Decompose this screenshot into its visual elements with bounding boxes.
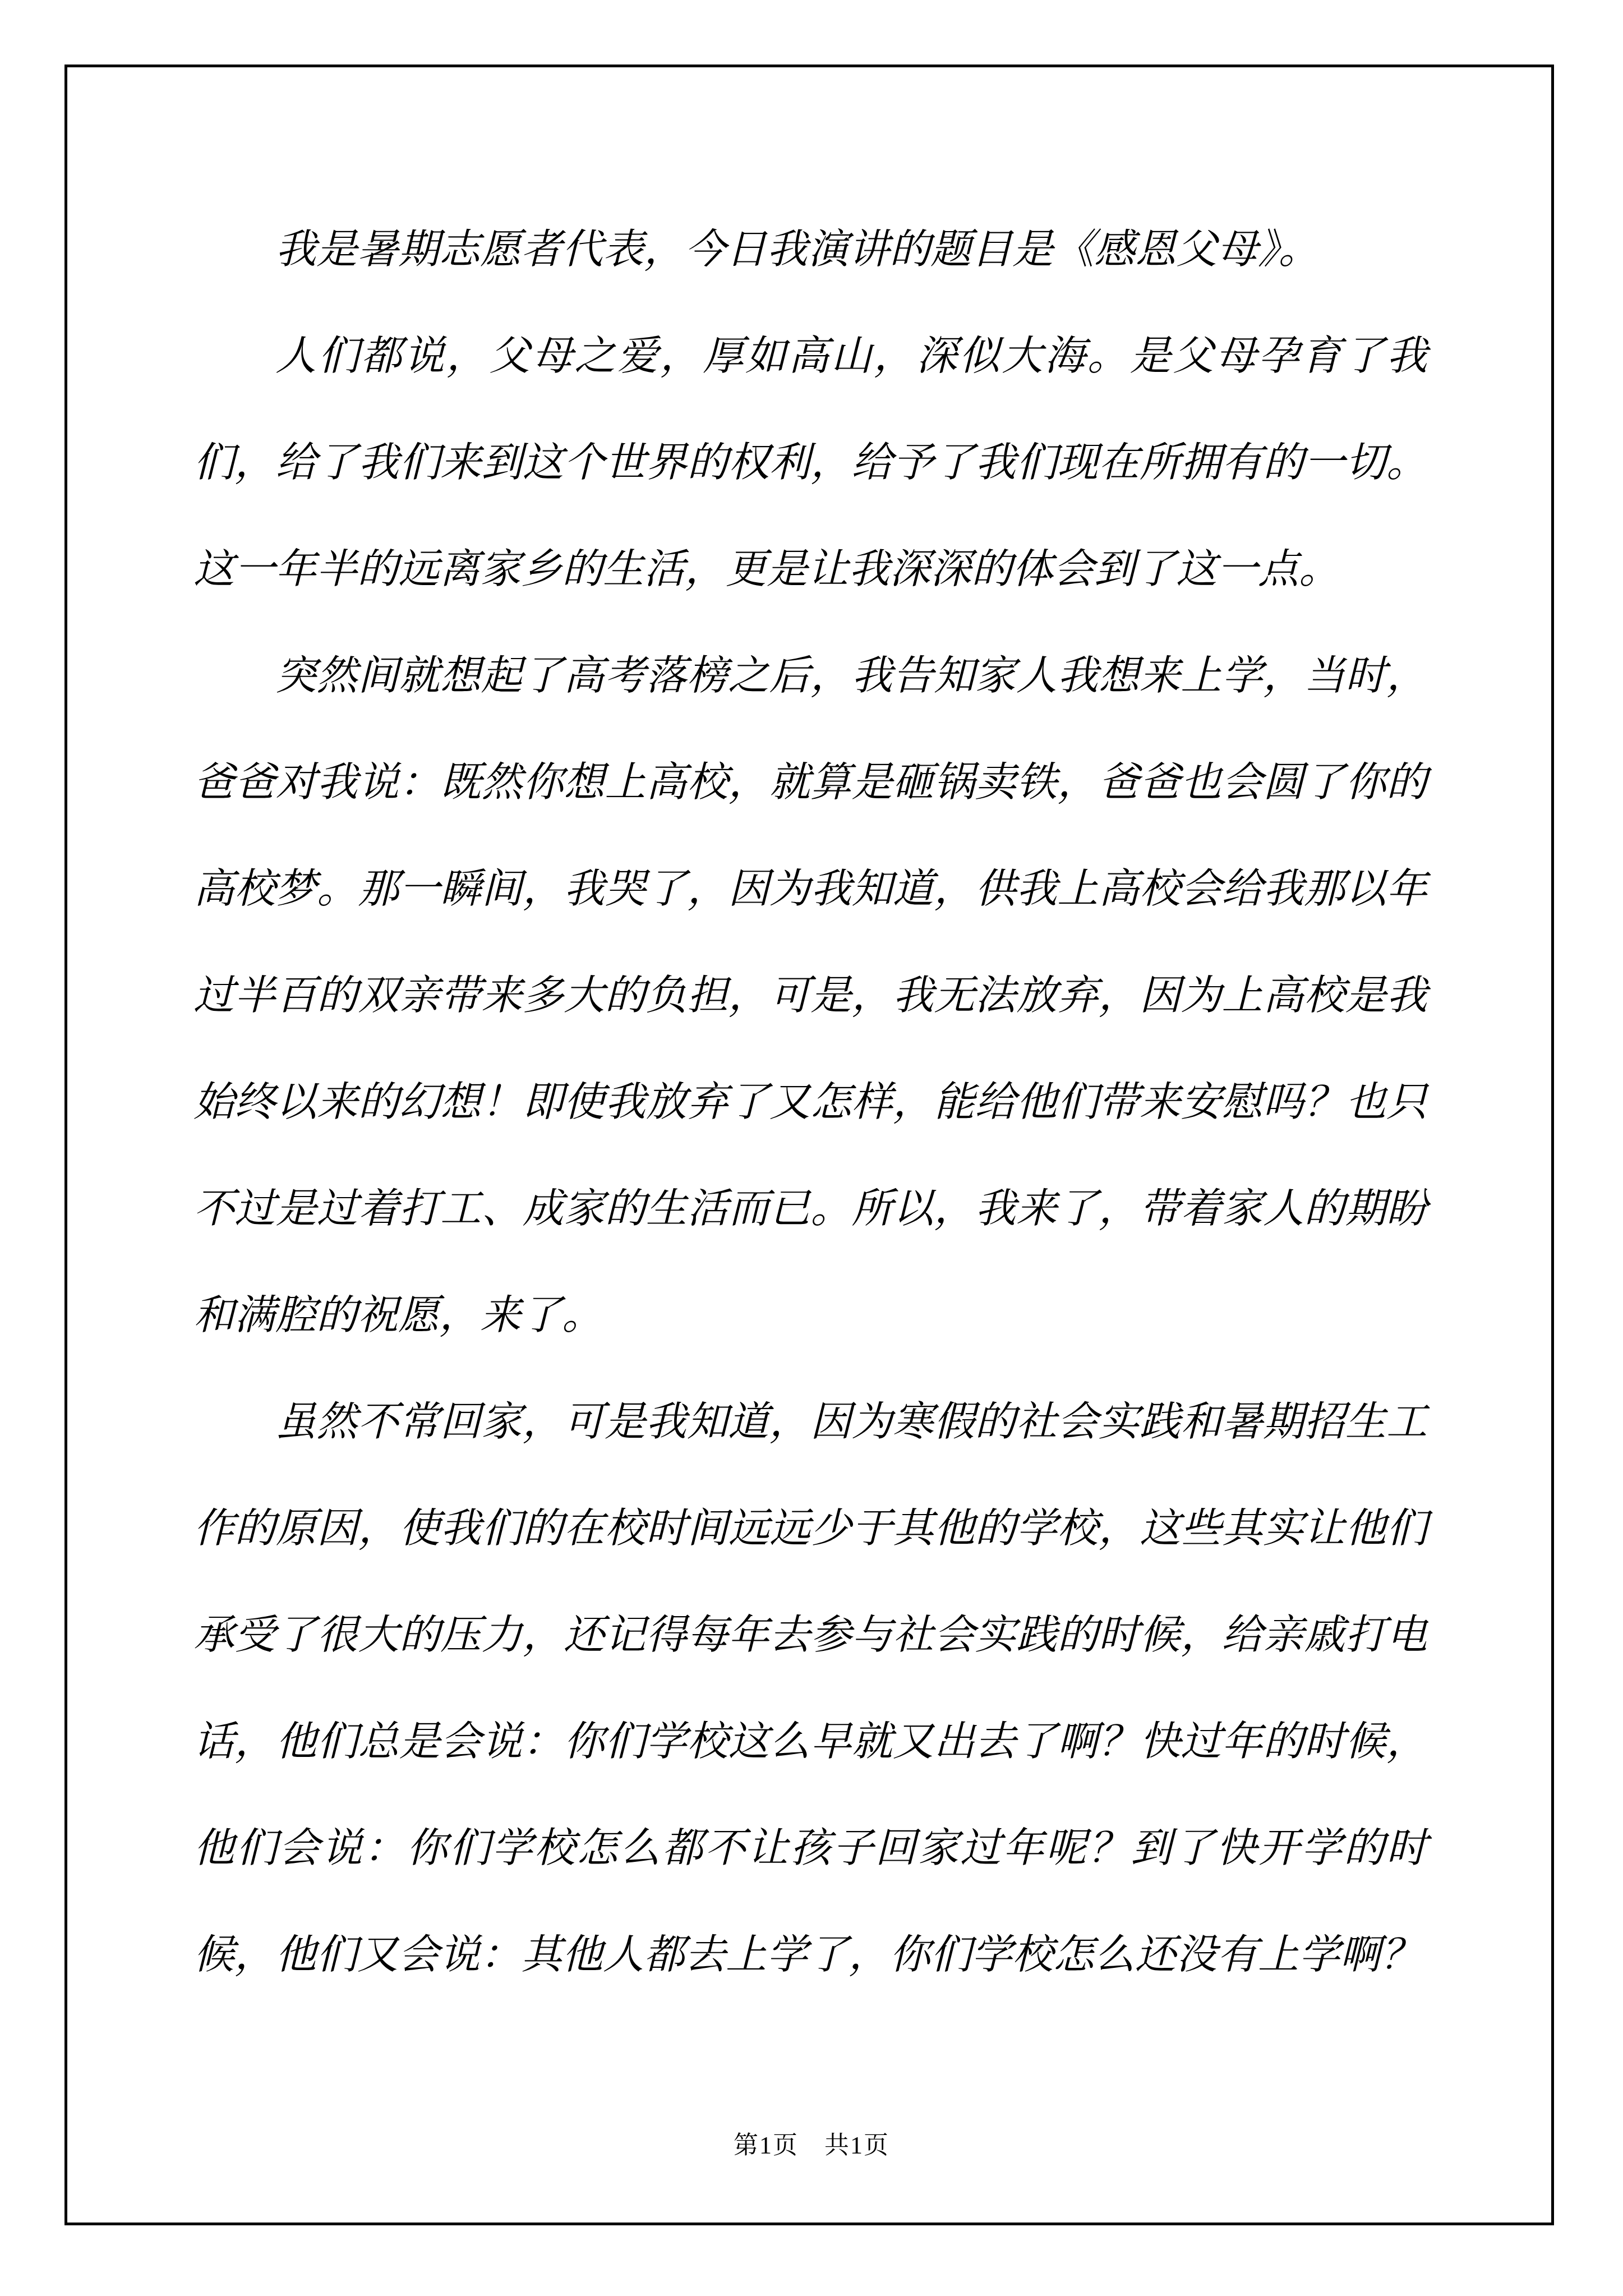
paragraph: 人们都说，父母之爱，厚如高山，深似大海。是父母孕育了我们，给了我们来到这个世界的… xyxy=(193,303,1427,623)
paragraph: 我是暑期志愿者代表，今日我演讲的题目是《感恩父母》。 xyxy=(193,196,1427,303)
paragraph: 虽然不常回家，可是我知道，因为寒假的社会实践和暑期招生工作的原因，使我们的在校时… xyxy=(193,1369,1427,2008)
page-footer: 第1页 共1页 xyxy=(66,2128,1557,2164)
document-page: { "doc": { "paragraphs": [ "我是暑期志愿者代表，今日… xyxy=(0,0,1623,2296)
paragraph: 突然间就想起了高考落榜之后，我告知家人我想来上学，当时，爸爸对我说：既然你想上高… xyxy=(193,623,1427,1369)
document-body: 我是暑期志愿者代表，今日我演讲的题目是《感恩父母》。 人们都说，父母之爱，厚如高… xyxy=(193,196,1427,2008)
